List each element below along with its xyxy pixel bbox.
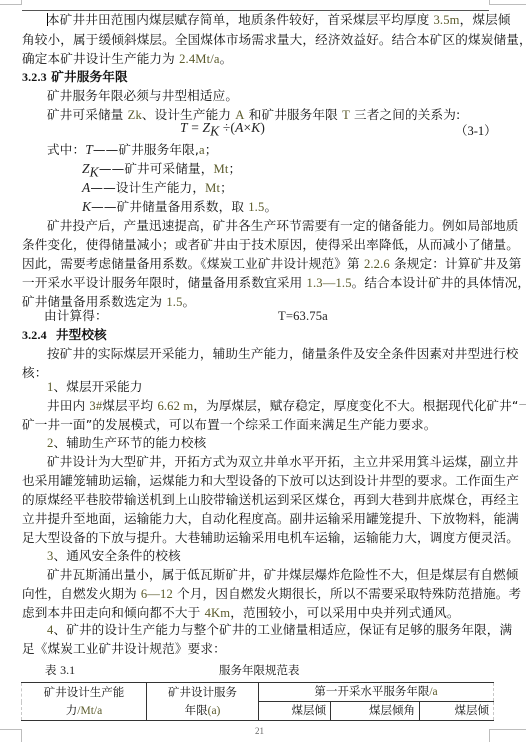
result-label: 由计算得： bbox=[44, 308, 108, 324]
paragraph-line[interactable]: 一开采水平设计服务年限时，储量备用系数宜采用 1.3—1.5。结合本设计矿井的具… bbox=[22, 275, 526, 291]
result-value: T=63.75a bbox=[278, 308, 328, 324]
paragraph-line[interactable]: 虑到本井田走向和倾向都不大于 4Km，范围较小，可以采用中央并列式通风。 bbox=[22, 605, 460, 621]
header-capacity: 矿井设计生产能 bbox=[22, 683, 147, 702]
subsection-title-1: 1、煤层开采能力 bbox=[47, 379, 143, 395]
paragraph-line[interactable]: 确定本矿井设计生产能力为 2.4Mt/a。 bbox=[22, 51, 232, 67]
paragraph-line[interactable]: 向性，自燃发火期为 6—12 个月，因自燃发火期很长，所以不需要采取特殊防范措施… bbox=[22, 586, 521, 602]
section-heading-3-2-4: 3.2.4 井型校核 bbox=[22, 327, 107, 343]
crop-mark-bottom-right bbox=[489, 729, 526, 742]
paragraph-line[interactable]: 足《煤炭工业矿井设计规范》要求： bbox=[22, 641, 226, 657]
header-rule bbox=[22, 10, 489, 11]
paragraph-line[interactable]: 也采用罐笼辅助运输，运煤能力和大型设备的下放可以达到设计井型的要求。工作面生产 bbox=[22, 473, 519, 489]
paragraph-line[interactable]: 立井提升至地面，运输能力大，自动化程度高。副井运输采用罐笼提升、下放物料，能满 bbox=[22, 511, 519, 527]
header-service-life-unit: 年限(a) bbox=[147, 702, 259, 721]
section-heading-3-2-3: 3.2.3 矿井服务年限 bbox=[22, 69, 128, 85]
subsection-title-2: 2、辅助生产环节的能力校核 bbox=[47, 435, 206, 451]
where-item[interactable]: 式中：T——矿井服务年限,a； bbox=[47, 142, 218, 158]
equation-3-1: T = ZK ÷(A×K) bbox=[180, 120, 265, 140]
paragraph-line[interactable]: 井田内 3#煤层平均 6.62 m，为厚煤层，赋存稳定，厚度变化不大。根据现代化… bbox=[47, 398, 526, 414]
paragraph-line[interactable]: 角较小，属于缓倾斜煤层。全国煤体市场需求量大，经济效益好。结合本矿区的煤炭储量， bbox=[22, 32, 526, 48]
paragraph-line[interactable]: 按矿井的实际煤层开采能力，辅助生产能力，储量条件及安全条件因素对井型进行校 bbox=[47, 346, 519, 362]
header-service-life: 矿井设计服务 bbox=[147, 683, 259, 702]
paragraph-line[interactable]: 因此，需要考虑储量备用系数。《煤炭工业矿井设计规范》第 2.2.6 条规定：计算… bbox=[22, 256, 521, 272]
where-item[interactable]: K——矿井储量备用系数，取 1.5。 bbox=[82, 199, 277, 215]
header-dip-1: 煤层倾 bbox=[259, 702, 331, 721]
header-dip-3: 煤层倾 bbox=[420, 702, 494, 721]
service-life-table: 矿井设计生产能 矿井设计服务 第一开采水平服务年限/a 力/Mt/a 年限(a)… bbox=[21, 682, 494, 721]
crop-mark-top-left bbox=[0, 0, 22, 5]
header-dip-angle: 煤层倾角 bbox=[331, 702, 420, 721]
table-header-row: 矿井设计生产能 矿井设计服务 第一开采水平服务年限/a bbox=[22, 683, 494, 702]
page-number: 21 bbox=[255, 726, 264, 736]
table-header-row: 力/Mt/a 年限(a) 煤层倾 煤层倾角 煤层倾 bbox=[22, 702, 494, 721]
header-capacity-unit: 力/Mt/a bbox=[22, 702, 147, 721]
where-item[interactable]: ZK——矿井可采储量，Mt； bbox=[82, 161, 241, 181]
paragraph-line[interactable]: 矿井瓦斯涌出量小，属于低瓦斯矿井，矿井煤层爆炸危险性不大，但是煤层有自燃倾 bbox=[47, 567, 519, 583]
crop-mark-bottom-left bbox=[0, 729, 22, 742]
paragraph-line[interactable]: 矿井服务年限必须与井型相适应。 bbox=[47, 88, 238, 104]
paragraph-line[interactable]: 矿井投产后，产量迅速提高，矿井各生产环节需要有一定的储备能力。例如局部地质 bbox=[47, 218, 519, 234]
table-caption-title: 服务年限规范表 bbox=[219, 662, 300, 678]
table-caption-label: 表 3.1 bbox=[45, 662, 75, 678]
document-page: 本矿井井田范围内煤层赋存简单，地质条件较好，首采煤层平均厚度 3.5m，煤层倾 … bbox=[0, 0, 526, 742]
paragraph-line[interactable]: 矿一井一面”的发展模式，可以布置一个综采工作面来满足生产能力要求。 bbox=[22, 417, 436, 433]
paragraph-line[interactable]: 矿井设计为大型矿井，开拓方式为双立井单水平开拓，主立井采用箕斗运煤，副立井 bbox=[47, 454, 519, 470]
header-first-level-group: 第一开采水平服务年限/a bbox=[259, 683, 494, 702]
subsection-title-3: 3、通风安全条件的校核 bbox=[47, 548, 181, 564]
paragraph-line[interactable]: 条件变化，使得储量减小；或者矿井由于技术原因，使得采出率降低，从而减小了储量。 bbox=[22, 237, 519, 253]
paragraph-line[interactable]: 足大型设备的下放与提升。大巷辅助运输采用电机车运输，运输能力大，调度方便灵活。 bbox=[22, 530, 519, 546]
paragraph-line[interactable]: 本矿井井田范围内煤层赋存简单，地质条件较好，首采煤层平均厚度 3.5m，煤层倾 bbox=[47, 12, 511, 28]
crop-mark-top-right bbox=[489, 0, 526, 5]
where-item[interactable]: A——设计生产能力，Mt； bbox=[82, 180, 233, 196]
paragraph-line[interactable]: 核： bbox=[22, 365, 48, 381]
equation-number: （3-1） bbox=[455, 121, 497, 139]
paragraph-line[interactable]: 4、矿井的设计生产能力与整个矿井的工业储量相适应，保证有足够的服务年限，满 bbox=[47, 622, 512, 638]
paragraph-line[interactable]: 的原煤经平巷胶带输送机到上山胶带输送机运到采区煤仓，再到大巷到井底煤仓，再经主 bbox=[22, 492, 519, 508]
